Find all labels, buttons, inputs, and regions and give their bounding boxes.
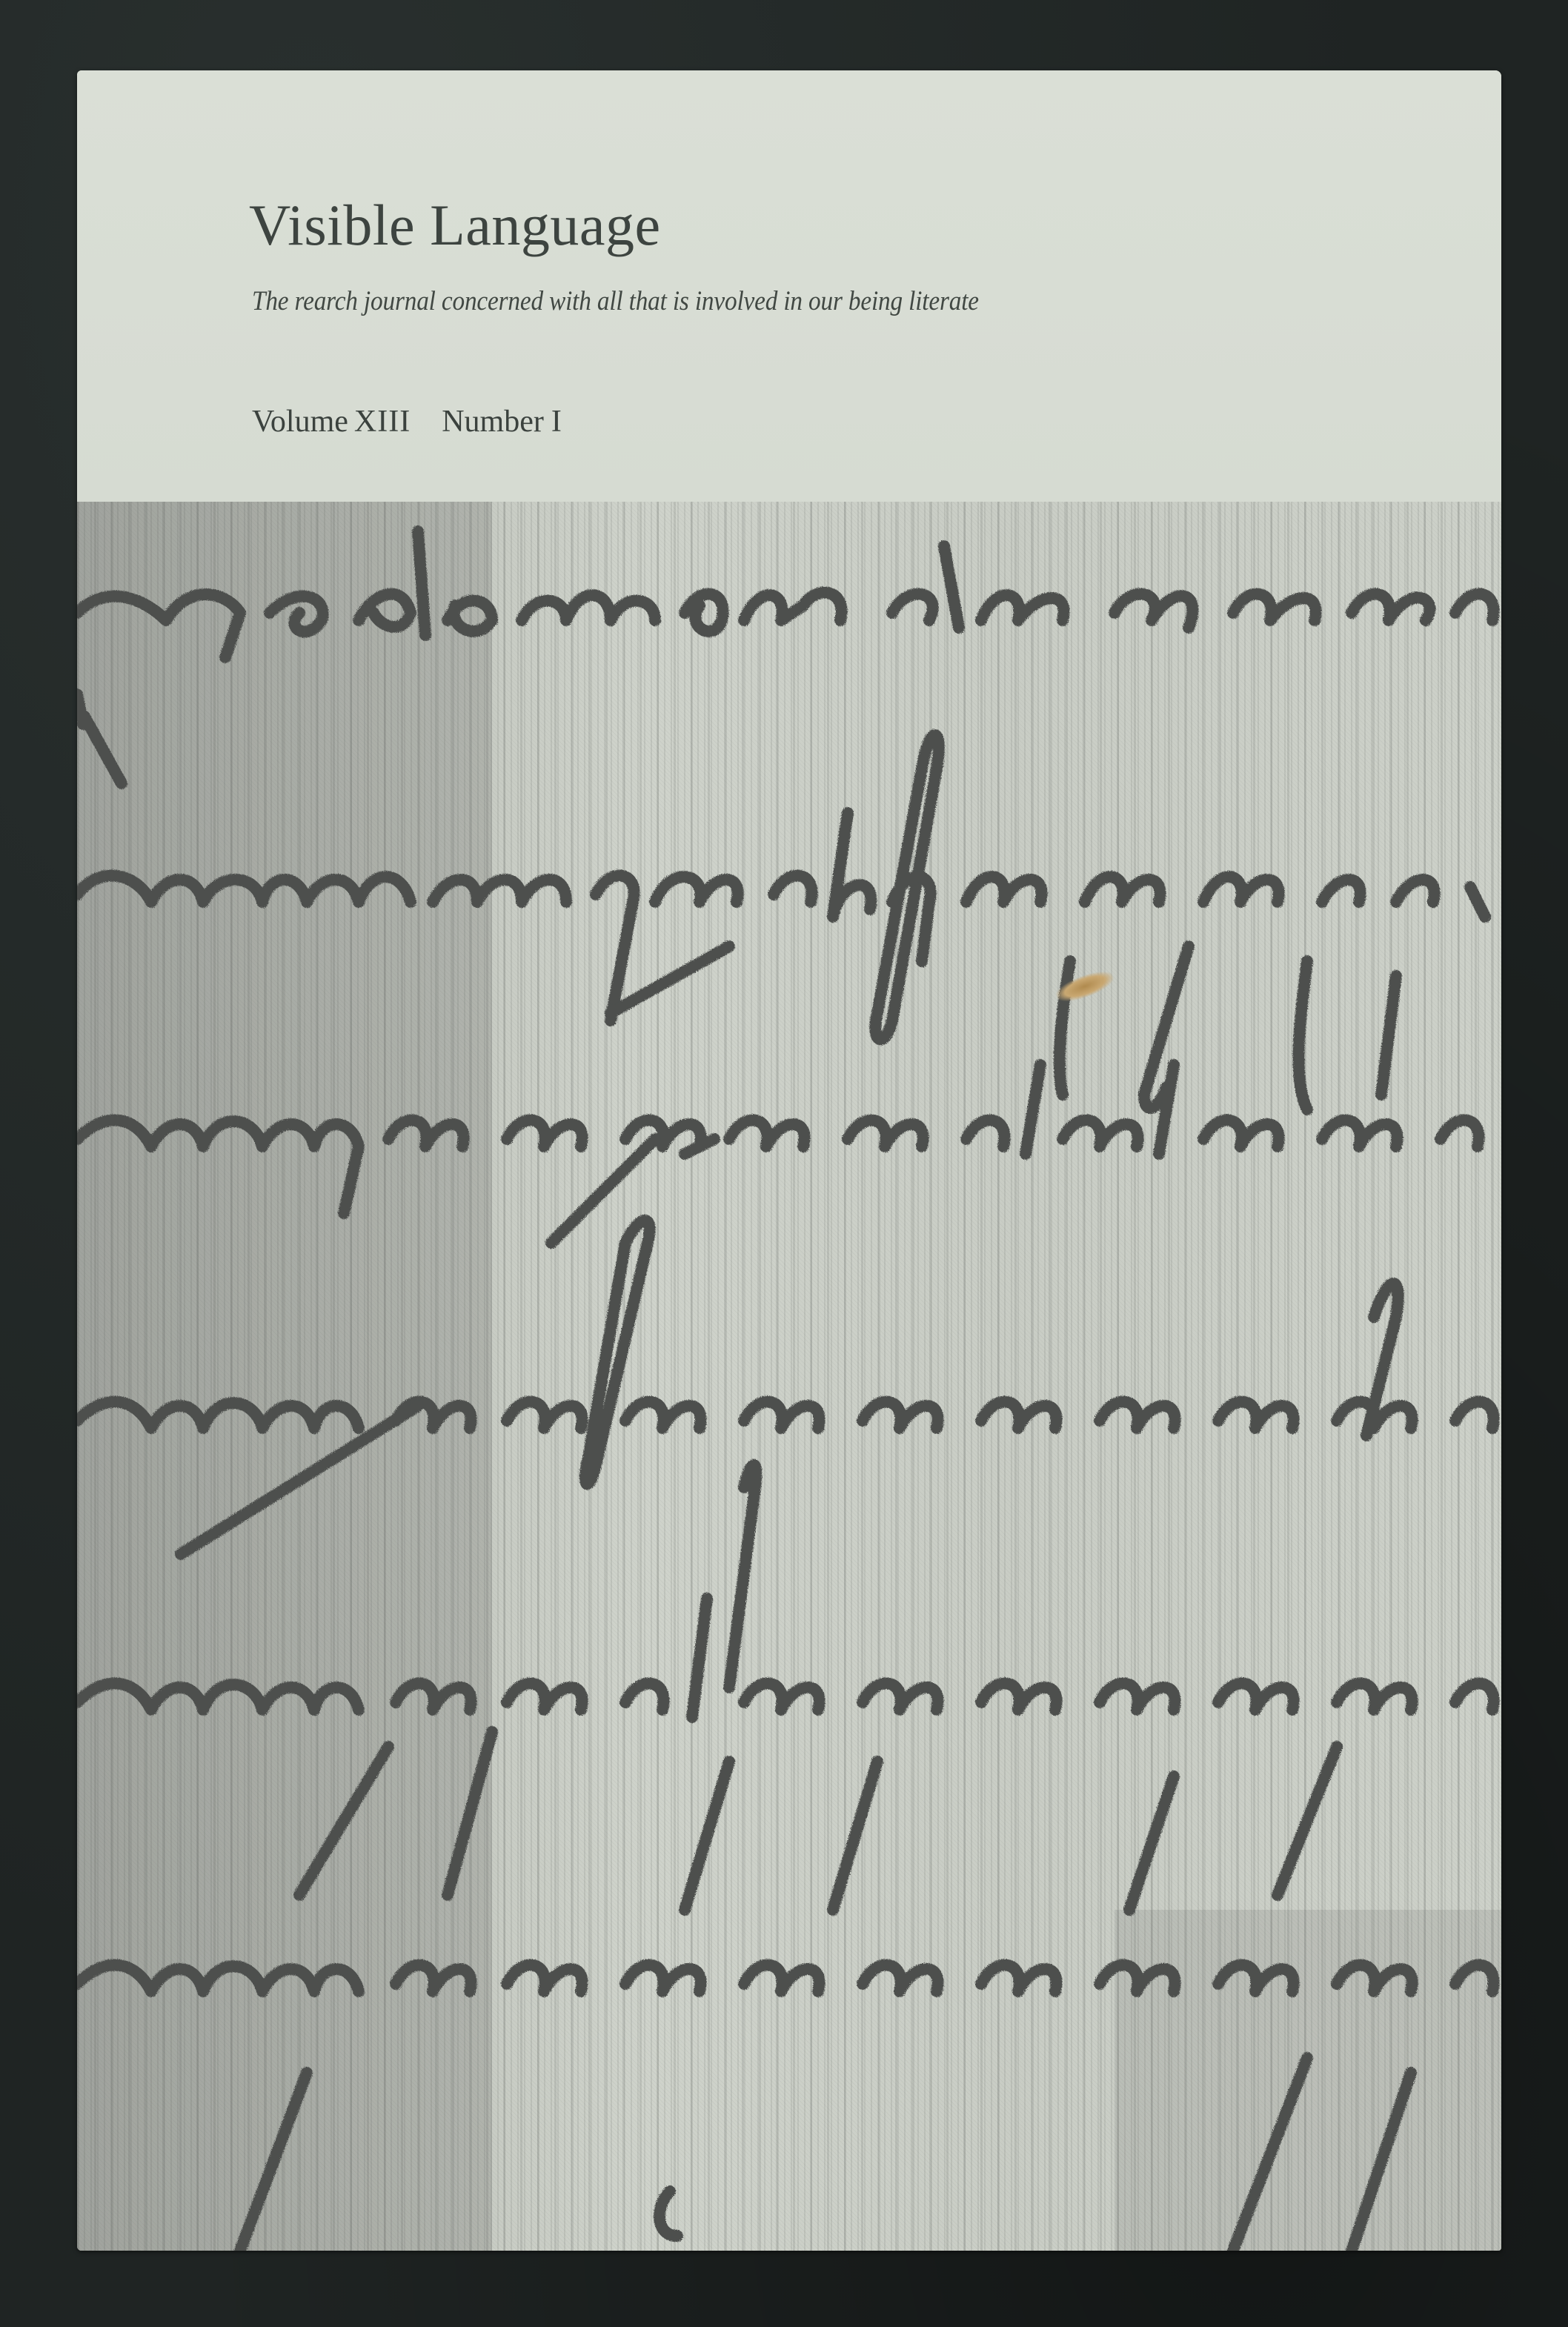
handwriting-strokes-icon <box>77 502 1501 2251</box>
journal-title: Visible Language <box>249 196 661 254</box>
number-value: I <box>551 405 562 439</box>
number-label: Number <box>442 405 544 439</box>
volume-value: XIII <box>354 405 411 439</box>
manuscript-image <box>77 502 1501 2251</box>
journal-cover: Visible Language The rearch journal conc… <box>77 70 1501 2251</box>
cover-header: Visible Language The rearch journal conc… <box>77 70 1501 502</box>
journal-subtitle: The rearch journal concerned with all th… <box>252 285 979 317</box>
issue-info: VolumeXIIINumberI <box>252 404 562 439</box>
volume-label: Volume <box>252 405 348 439</box>
